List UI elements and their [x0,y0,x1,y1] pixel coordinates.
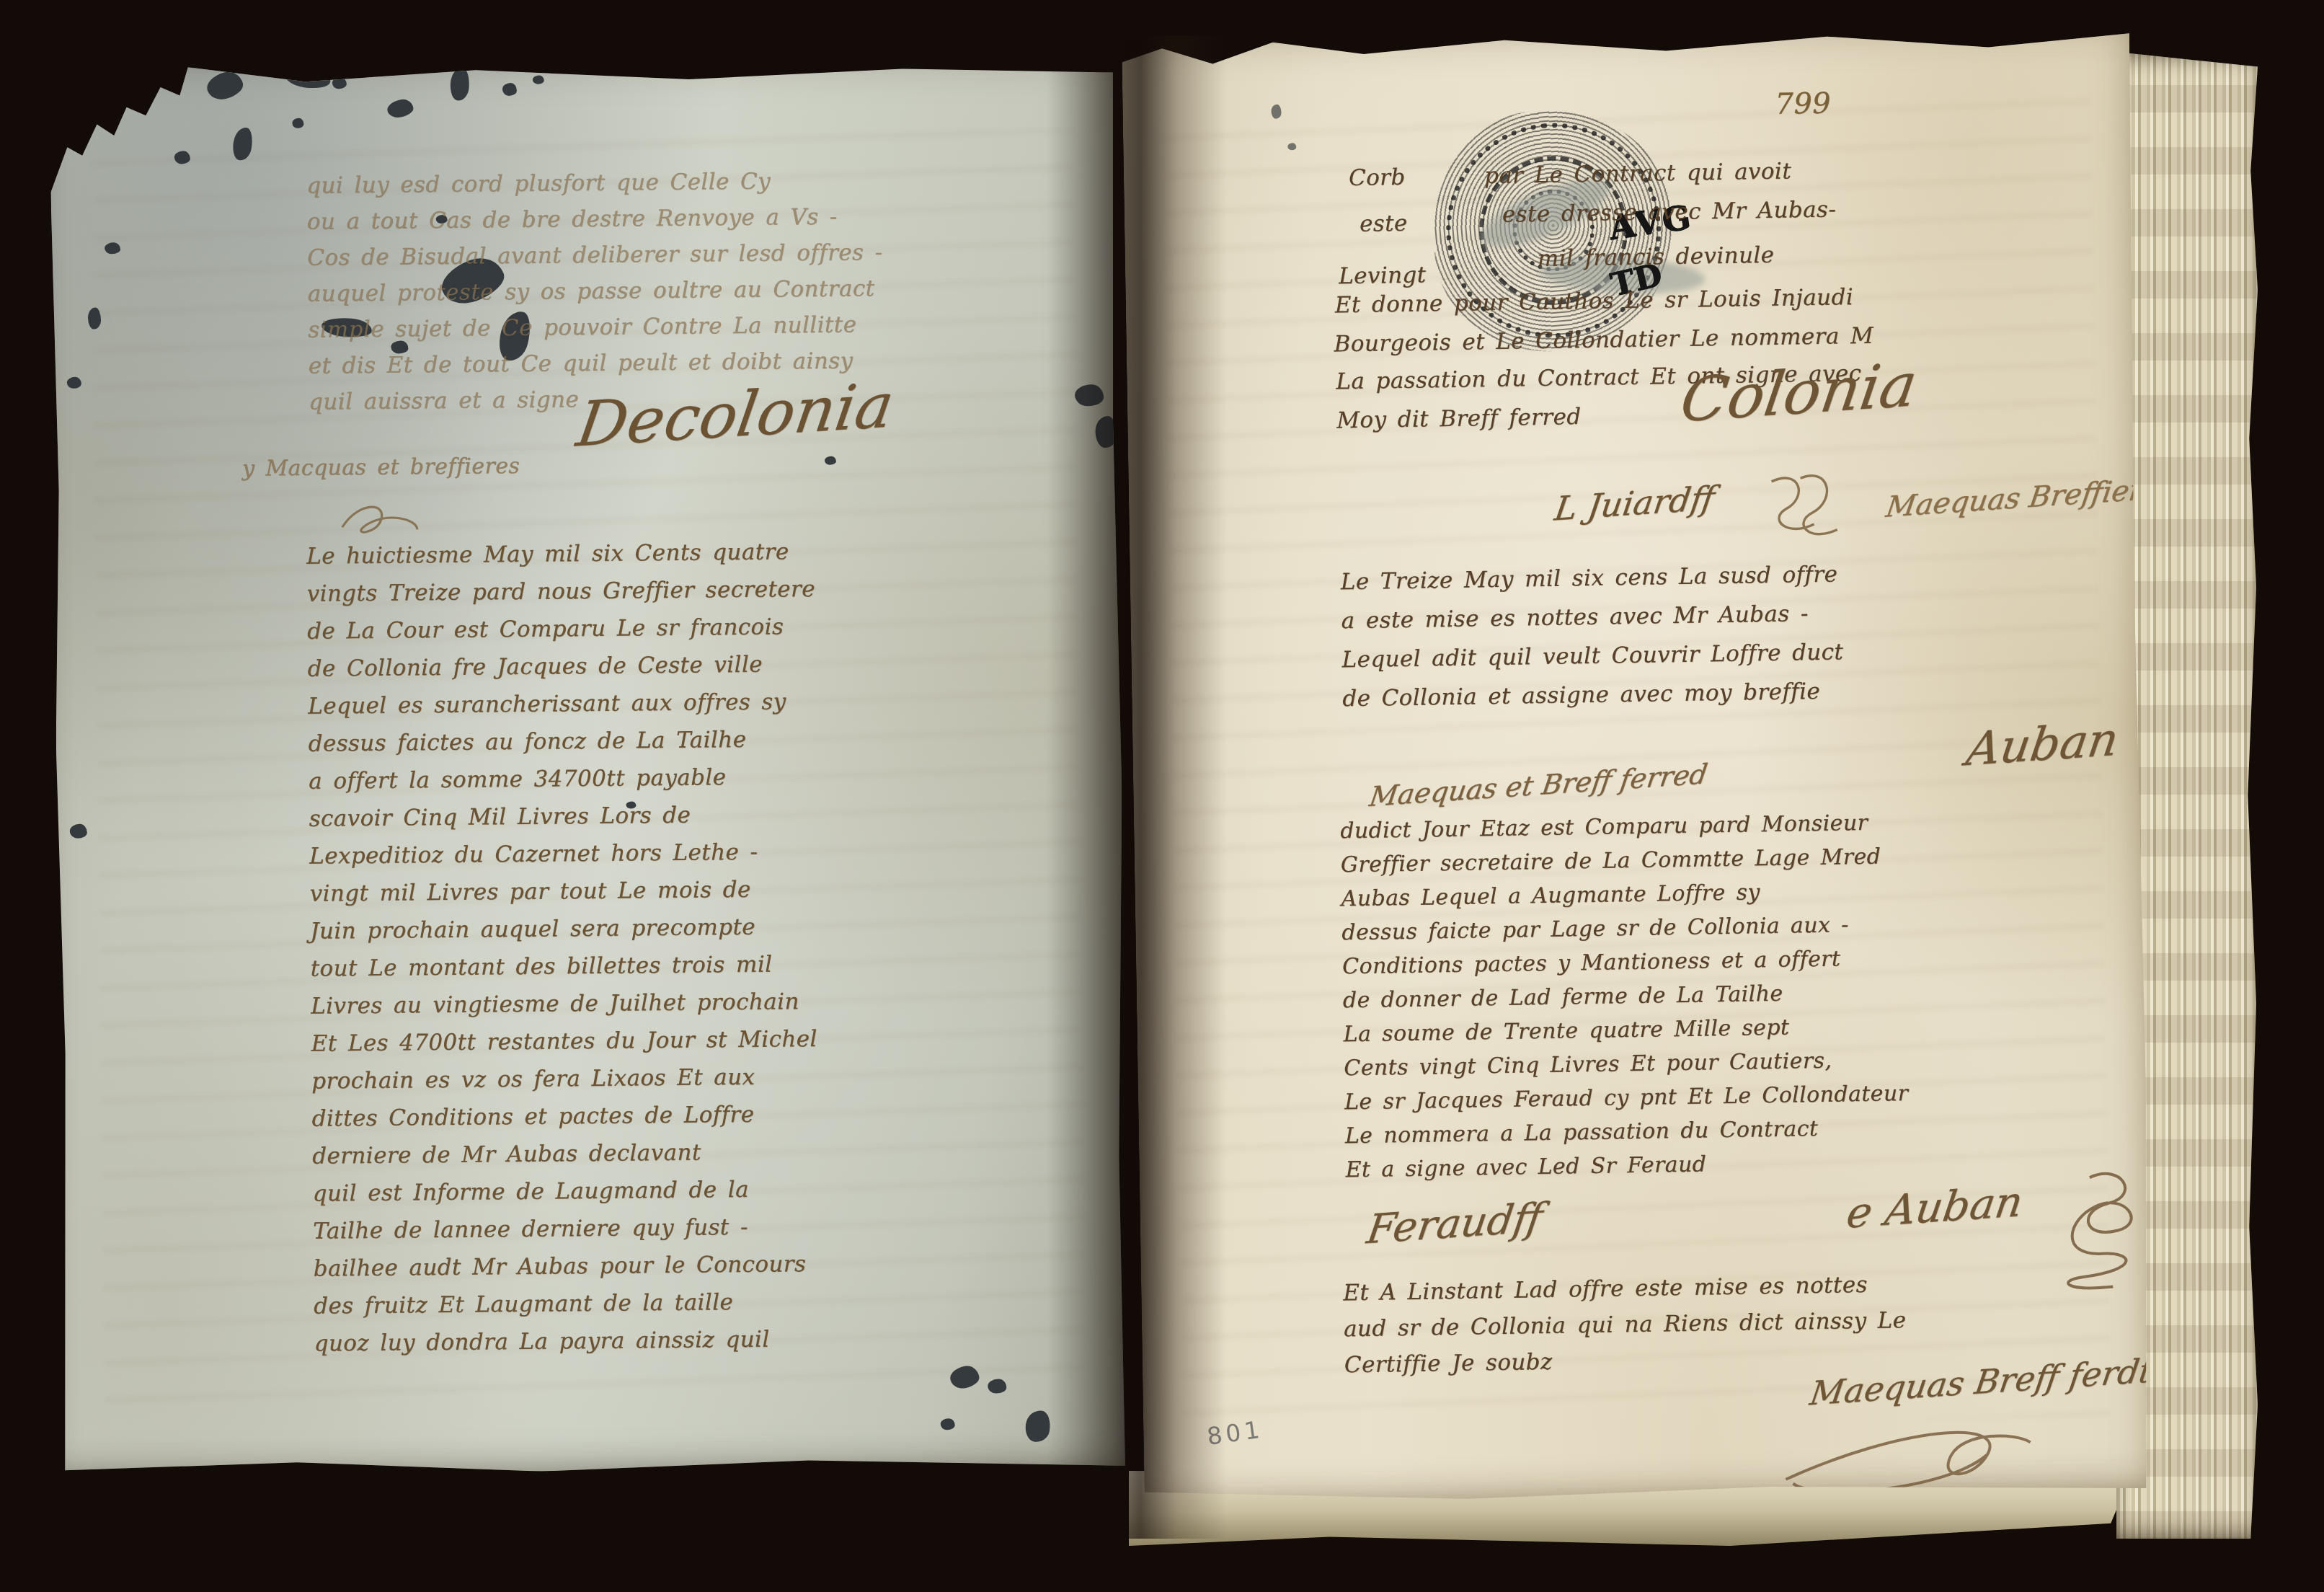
ink-blot [1075,384,1104,406]
ink-blot [105,242,120,254]
manuscript-line: des fruitz Et Laugmant de la taille [314,1288,822,1331]
right-page: 799 AVG TD Corb este Levingt par Le Cont… [1122,26,2152,1504]
ink-blot [174,151,190,164]
manuscript-line: qui luy esd cord plusfort que Celle Cy [306,167,882,209]
manuscript-line: quoz luy dondra La payra ainssiz quil [314,1326,822,1368]
signature-maequas-2: Maequas et Breff ferred [1367,758,1710,813]
manuscript-line: ou a tout Cas de bre destre Renvoye a Vs… [307,203,883,245]
manuscript-line: simple sujet de Ce pouvoir Contre La nul… [308,311,884,353]
ink-blot [70,824,87,839]
signature-auban-1: Auban [1963,713,2121,777]
manuscript-line: este dresse avec Mr Aubas- [1502,196,1837,227]
left-page: qui luy esd cord plusfort que Celle Cyou… [50,58,1129,1476]
manuscript-line: Et donne pour Cauthos Le sr Louis Injaud… [1334,284,1853,318]
ink-blot [941,1418,955,1430]
margin-word: este [1360,211,1408,237]
manuscript-line: scavoir Cinq Mil Livres Lors de [309,801,817,844]
manuscript-line: a offert la somme 34700tt payable [309,764,817,806]
manuscript-line: tout Le montant des billettes trois mil [310,951,819,994]
manuscript-line: Bourgeois et Le Collondatier Le nommera … [1334,323,1873,358]
right-paragraph-2: Le Treize May mil six cens La susd offre… [1341,561,1845,725]
ink-blot [67,377,81,389]
manuscript-line: Moy dit Breff ferred [1336,404,1582,433]
manuscript-line: Livres au vingtiesme de Juilhet prochain [311,989,820,1031]
ink-blot [502,83,517,96]
signature-feraud: Feraudff [1364,1195,1545,1253]
manuscript-line: par Le Contract qui avoit [1484,158,1792,189]
ink-blot [332,77,347,89]
right-paragraph-3: dudict Jour Etaz est Comparu pard Monsie… [1340,810,1910,1191]
ink-blot [88,307,101,329]
folio-page-number: 799 [1775,87,1831,121]
ink-blot [1023,1409,1052,1444]
manuscript-line: de Collonia fre Jacques de Ceste ville [308,651,817,694]
manuscript-line: bailhee audt Mr Aubas pour le Concours [313,1251,822,1293]
ink-blot [988,1379,1006,1393]
ink-blot [1271,105,1281,119]
ink-blot [533,76,544,84]
manuscript-line: Lequel es surancherissant aux offres sy [308,689,817,731]
right-paragraph-4: Et A Linstant Lad offre este mise es not… [1343,1271,1907,1388]
manuscript-line: Cos de Bisudal avant deliberer sur lesd … [307,239,883,281]
manuscript-line: derniere de Mr Aubas declavant [312,1138,821,1181]
ink-blot [825,456,836,465]
ink-blot [449,67,470,102]
signature-auban-2: e Auban [1844,1177,2026,1238]
left-main-paragraph: Le huictiesme May mil six Cents quatrevi… [306,539,822,1368]
ink-blot [204,68,246,103]
signature-maequas-1: Maequas Breffier [1884,474,2145,524]
ink-blot [1287,143,1296,150]
margin-word: Levingt [1339,262,1427,289]
archival-pencil-number: 801 [1205,1415,1265,1451]
manuscript-line: Le huictiesme May mil six Cents quatre [306,539,815,581]
ink-blot [386,97,414,119]
paraph-flourish-icon [336,497,423,544]
manuscript-line: mil francis devinule [1538,242,1775,272]
auban-knot-flourish-icon [2039,1164,2150,1295]
manuscript-book-scan: qui luy esd cord plusfort que Celle Cyou… [0,0,2324,1592]
ink-blot [283,63,332,91]
margin-word: Corb [1349,164,1406,191]
ink-blot [949,1364,981,1391]
manuscript-line: vingts Treize pard nous Greffier secrete… [307,576,816,619]
manuscript-line: Lexpeditioz du Cazernet hors Lethe - [309,839,818,881]
ink-blot [292,118,303,128]
manuscript-line: Tailhe de lannee derniere quy fust - [313,1213,822,1256]
manuscript-line: dittes Conditions et pactes de Loffre [311,1101,820,1144]
manuscript-line: Juin prochain auquel sera precompte [310,914,819,956]
manuscript-line: Et Les 4700tt restantes du Jour st Miche… [311,1026,820,1069]
manuscript-line: vingt mil Livres par tout Le mois de [309,876,818,919]
manuscript-line: dessus faictes au foncz de La Tailhe [308,726,817,769]
manuscript-line: quil est Informe de Laugmand de la [312,1176,821,1219]
manuscript-line: auquel proteste sy os passe oultre au Co… [308,275,884,317]
signature-juiard: L Juiardff [1552,478,1717,528]
manuscript-line: de Collonia et assigne avec moy breffie [1342,678,1845,725]
attestation-line: y Macquas et breffieres [242,454,520,482]
manuscript-line: prochain es vz os fera Lixaos Et aux [311,1063,820,1106]
paraph-flourish-icon [1757,467,1852,548]
ink-blot [231,126,254,162]
ink-blot [1095,416,1117,448]
manuscript-line: de La Cour est Comparu Le sr francois [307,614,816,656]
